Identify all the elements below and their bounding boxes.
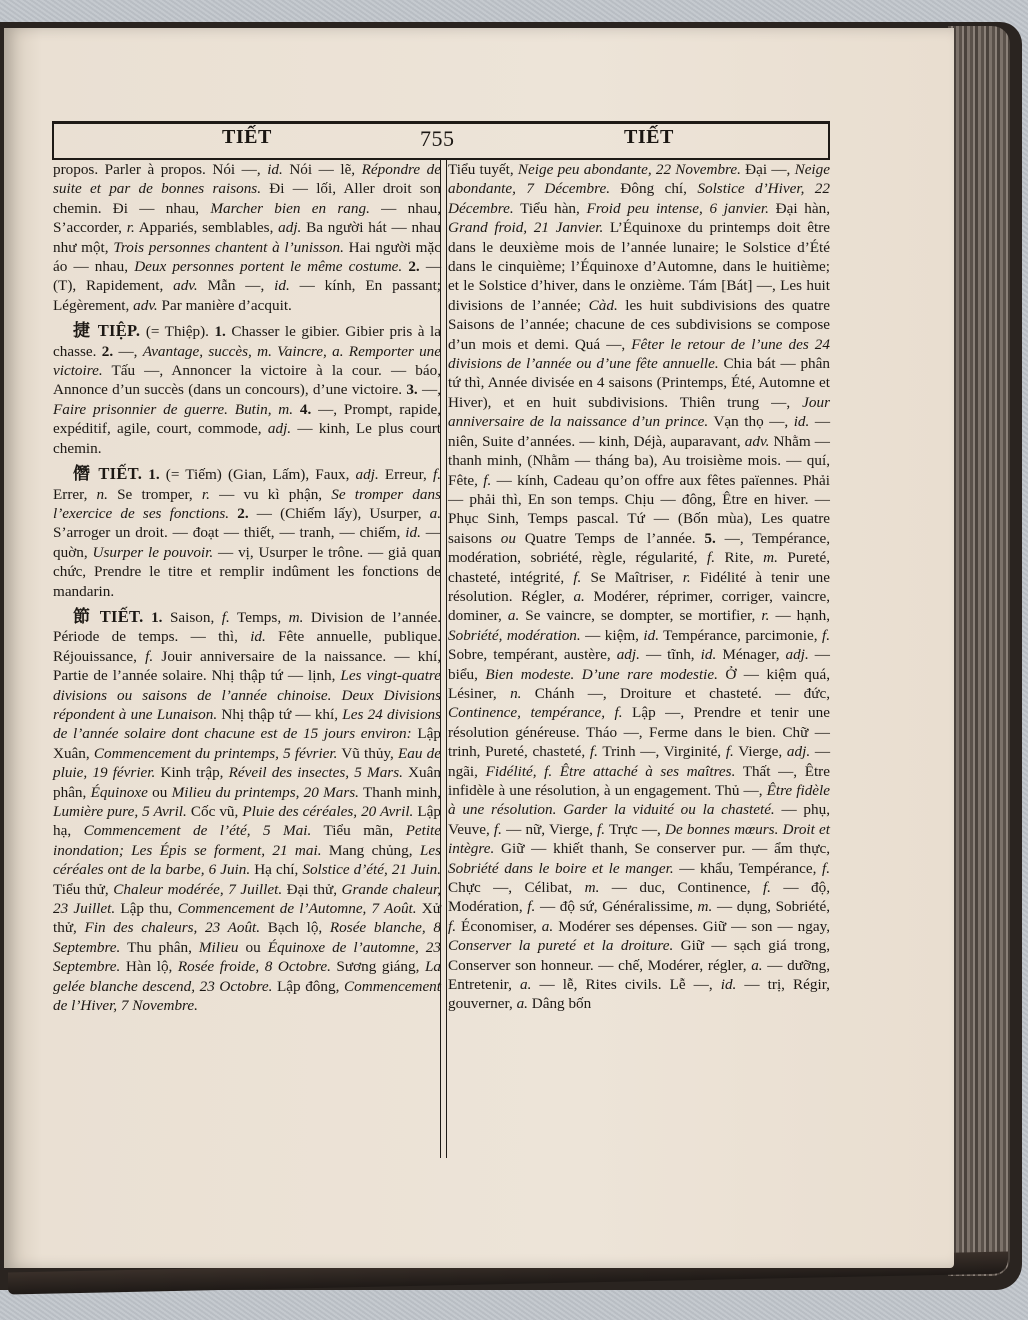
- headword: TIẾT.: [100, 607, 144, 626]
- headword: TIẾT.: [98, 464, 142, 483]
- column-divider: [440, 158, 447, 1158]
- hanzi-character: 僭: [73, 464, 92, 484]
- right-column: Tiểu tuyết, Neige peu abondante, 22 Nove…: [448, 160, 830, 1014]
- page-edges: [948, 26, 1010, 1276]
- header-left-guide-word: TIẾT: [222, 126, 272, 149]
- entry-body: (= Thiệp). 1. Chasser le gibier. Gibier …: [53, 323, 441, 456]
- entry-tiet-season: 節TIẾT. 1. Saison, f. Temps, m. Division …: [53, 607, 441, 1016]
- entry-tiet-usurp: 僭TIẾT. 1. (= Tiếm) (Gian, Lấm), Faux, ad…: [53, 464, 441, 601]
- page-number: 755: [420, 126, 455, 152]
- right-column-paragraph: Tiểu tuyết, Neige peu abondante, 22 Nove…: [448, 160, 830, 1014]
- hanzi-character: 捷: [73, 321, 92, 341]
- left-column: propos. Parler à propos. Nói —, id. Nói …: [53, 160, 441, 1015]
- hanzi-character: 節: [73, 607, 94, 627]
- entry-body: 1. (= Tiếm) (Gian, Lấm), Faux, adj. Erre…: [53, 466, 441, 599]
- entry-tiep: 捷TIỆP. (= Thiệp). 1. Chasser le gibier. …: [53, 321, 441, 458]
- headword: TIỆP.: [98, 321, 141, 340]
- running-header: TIẾT 755 TIẾT: [52, 121, 830, 160]
- header-right-guide-word: TIẾT: [624, 126, 674, 149]
- continuation-paragraph: propos. Parler à propos. Nói —, id. Nói …: [53, 160, 441, 315]
- entry-body: 1. Saison, f. Temps, m. Division de l’an…: [53, 609, 441, 1014]
